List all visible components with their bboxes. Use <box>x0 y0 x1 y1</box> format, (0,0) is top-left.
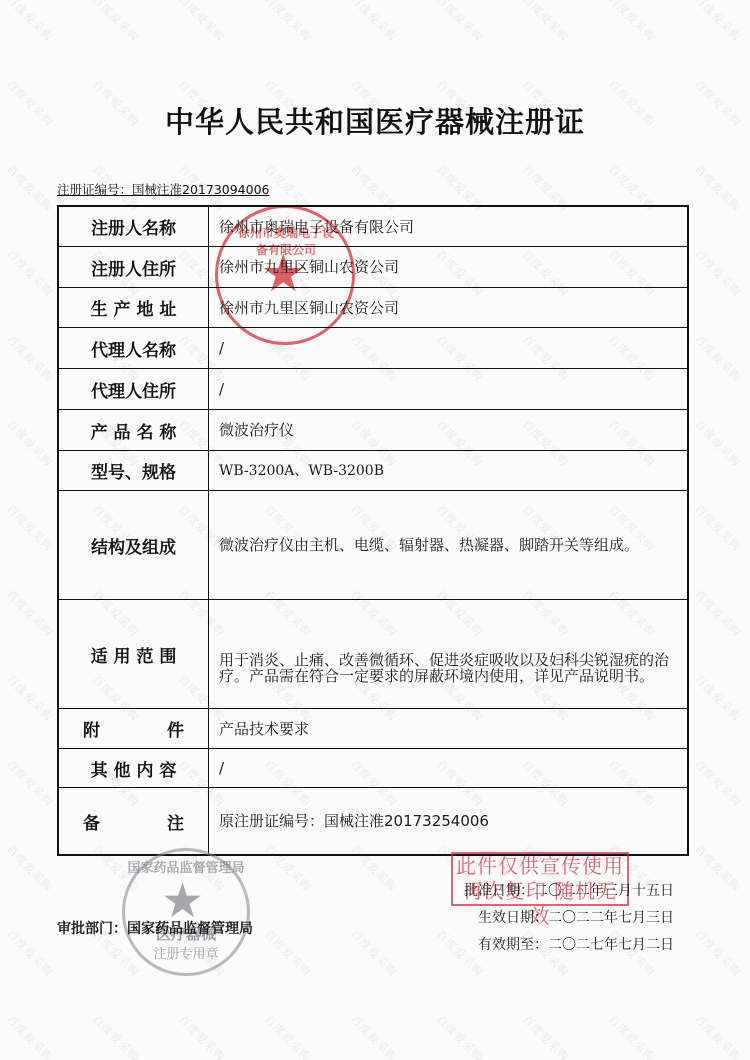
watermark-text: 百度爱采购 <box>3 416 57 470</box>
table-row: 代理人名称 / <box>59 327 687 368</box>
watermark-text: 百度爱采购 <box>3 671 57 725</box>
document-title: 中华人民共和国医疗器械注册证 <box>0 100 750 141</box>
watermark-text: 百度爱采购 <box>691 926 745 980</box>
row-value: / <box>209 369 687 409</box>
watermark-text: 百度爱采购 <box>691 246 745 300</box>
watermark-text: 百度爱采购 <box>691 841 745 895</box>
watermark-text: 百度爱采购 <box>519 0 573 45</box>
row-value: / <box>209 328 687 368</box>
row-value: 徐州市九里区铜山农资公司 <box>209 288 687 327</box>
row-value: 微波治疗仪由主机、电缆、辐射器、热凝器、脚踏开关等组成。 <box>209 491 687 599</box>
row-value: 徐州市奥瑞电子设备有限公司 <box>209 207 687 246</box>
row-label: 型号、规格 <box>59 451 209 490</box>
approval-date: 批准日期：二〇二二年三月十五日 <box>464 878 674 905</box>
watermark-text: 百度爱采购 <box>3 756 57 810</box>
watermark-text: 百度爱采购 <box>433 1011 487 1060</box>
row-label: 产 品 名 称 <box>59 410 209 450</box>
watermark-text: 百度爱采购 <box>3 246 57 300</box>
row-label-left: 附 <box>83 716 100 741</box>
row-label: 代理人住所 <box>59 369 209 409</box>
registration-table: 注册人名称 徐州市奥瑞电子设备有限公司 注册人住所 徐州市九里区铜山农资公司 生… <box>57 205 689 856</box>
watermark-text: 百度爱采购 <box>691 586 745 640</box>
table-row: 注册人名称 徐州市奥瑞电子设备有限公司 <box>59 207 687 246</box>
row-value: / <box>209 749 687 787</box>
watermark-text: 百度爱采购 <box>3 926 57 980</box>
watermark-text: 百度爱采购 <box>3 0 57 45</box>
row-value: 徐州市九里区铜山农资公司 <box>209 247 687 287</box>
watermark-text: 百度爱采购 <box>89 1011 143 1060</box>
table-row: 型号、规格 WB-3200A、WB-3200B <box>59 450 687 490</box>
row-label: 生 产 地 址 <box>59 288 209 327</box>
watermark-text: 百度爱采购 <box>261 926 315 980</box>
certificate-number-value: 国械注准20173094006 <box>132 182 269 197</box>
watermark-text: 百度爱采购 <box>3 331 57 385</box>
row-value: 原注册证编号：国械注准20173254006 <box>209 788 687 854</box>
row-label: 备 注 <box>59 788 209 854</box>
watermark-text: 百度爱采购 <box>691 0 745 45</box>
watermark-text: 百度爱采购 <box>347 926 401 980</box>
watermark-text: 百度爱采购 <box>691 331 745 385</box>
table-row: 生 产 地 址 徐州市九里区铜山农资公司 <box>59 287 687 327</box>
watermark-text: 百度爱采购 <box>3 501 57 555</box>
watermark-text: 百度爱采购 <box>3 841 57 895</box>
row-label: 附 件 <box>59 709 209 748</box>
watermark-text: 百度爱采购 <box>175 1011 229 1060</box>
row-label: 其 他 内 容 <box>59 749 209 787</box>
table-row: 其 他 内 容 / <box>59 748 687 787</box>
effective-date: 生效日期：二〇二二年七月三日 <box>464 905 674 932</box>
table-row: 结构及组成 微波治疗仪由主机、电缆、辐射器、热凝器、脚踏开关等组成。 <box>59 490 687 599</box>
row-label: 代理人名称 <box>59 328 209 368</box>
row-label: 结构及组成 <box>59 491 209 599</box>
watermark-text: 百度爱采购 <box>261 1011 315 1060</box>
watermark-text: 百度爱采购 <box>519 1011 573 1060</box>
row-value: WB-3200A、WB-3200B <box>209 451 687 490</box>
table-row: 注册人住所 徐州市九里区铜山农资公司 <box>59 246 687 287</box>
authority-seal-line2: 注册专用章 <box>125 943 247 962</box>
watermark-text: 百度爱采购 <box>691 756 745 810</box>
row-label: 注册人名称 <box>59 207 209 246</box>
watermark-text: 百度爱采购 <box>691 501 745 555</box>
watermark-text: 百度爱采购 <box>347 0 401 45</box>
watermark-text: 百度爱采购 <box>89 0 143 45</box>
certificate-number: 注册证编号：国械注准20173094006 <box>57 180 270 198</box>
watermark-text: 百度爱采购 <box>691 1011 745 1060</box>
disclaimer-line1: 此件仅供宣传使用 <box>453 854 627 879</box>
table-row: 产 品 名 称 微波治疗仪 <box>59 409 687 450</box>
row-label: 注册人住所 <box>59 247 209 287</box>
approval-department: 审批部门：国家药品监督管理局 <box>57 918 253 938</box>
certificate-number-label: 注册证编号： <box>57 182 132 197</box>
watermark-text: 百度爱采购 <box>175 0 229 45</box>
watermark-text: 百度爱采购 <box>3 586 57 640</box>
watermark-text: 百度爱采购 <box>347 1011 401 1060</box>
table-row: 备 注 原注册证编号：国械注准20173254006 <box>59 787 687 854</box>
table-row: 附 件 产品技术要求 <box>59 708 687 748</box>
watermark-text: 百度爱采购 <box>691 161 745 215</box>
watermark-text: 百度爱采购 <box>433 0 487 45</box>
watermark-text: 百度爱采购 <box>691 671 745 725</box>
row-value: 微波治疗仪 <box>209 410 687 450</box>
watermark-text: 百度爱采购 <box>3 161 57 215</box>
dates-block: 批准日期：二〇二二年三月十五日 生效日期：二〇二二年七月三日 有效期至：二〇二七… <box>464 878 674 959</box>
watermark-text: 百度爱采购 <box>691 416 745 470</box>
watermark-text: 百度爱采购 <box>3 1011 57 1060</box>
table-row: 适 用 范 围 用于消炎、止痛、改善微循环、促进炎症吸收以及妇科尖锐湿疣的治疗。… <box>59 599 687 708</box>
row-value: 用于消炎、止痛、改善微循环、促进炎症吸收以及妇科尖锐湿疣的治疗。产品需在符合一定… <box>209 600 687 708</box>
row-label-left: 备 <box>83 809 100 834</box>
row-label: 适 用 范 围 <box>59 600 209 708</box>
row-value: 产品技术要求 <box>209 709 687 748</box>
authority-seal: 国家药品监督管理局 ★ 医疗器械 注册专用章 <box>122 848 250 976</box>
valid-until: 有效期至：二〇二七年七月二日 <box>464 932 674 959</box>
watermark-text: 百度爱采购 <box>261 0 315 45</box>
table-row: 代理人住所 / <box>59 368 687 409</box>
row-label-right: 件 <box>167 716 184 741</box>
watermark-text: 百度爱采购 <box>605 1011 659 1060</box>
row-label-right: 注 <box>167 809 184 834</box>
watermark-text: 百度爱采购 <box>605 0 659 45</box>
